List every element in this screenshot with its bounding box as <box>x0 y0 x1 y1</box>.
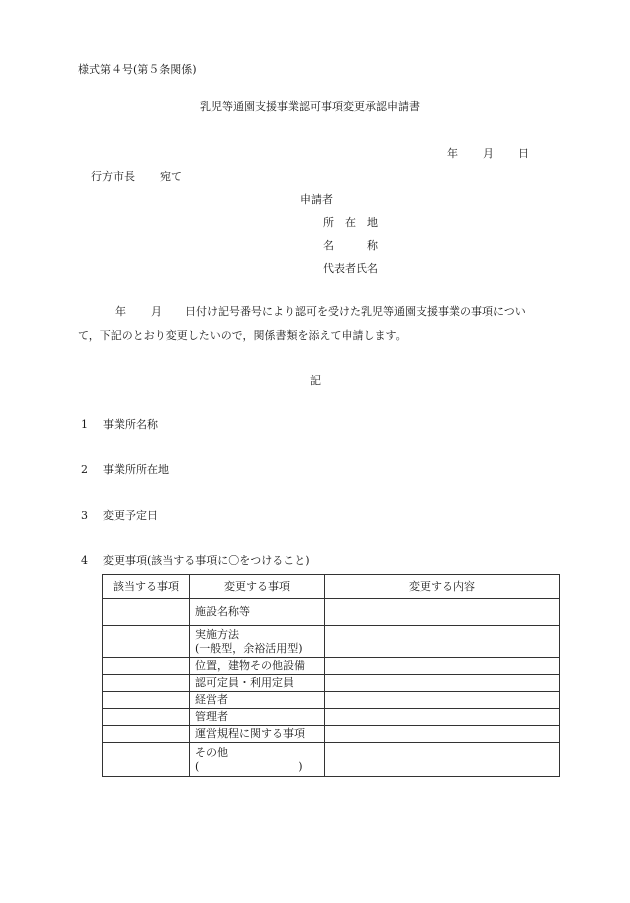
date-year: 年 <box>447 147 458 161</box>
name-label: 名 称 <box>323 239 378 253</box>
item-text: 認可定員・利用定員 <box>195 676 294 689</box>
content-cell[interactable] <box>325 599 560 626</box>
item-text: その他 <box>195 746 228 759</box>
item-number: 4 <box>81 554 88 568</box>
applicant-label: 申請者 <box>300 193 333 207</box>
content-cell[interactable] <box>325 692 560 709</box>
date-day: 日 <box>518 147 529 161</box>
check-cell[interactable] <box>103 743 190 777</box>
check-cell[interactable] <box>103 626 190 658</box>
date-month: 月 <box>483 147 494 161</box>
table-row: 施設名称等 <box>103 599 560 626</box>
check-cell[interactable] <box>103 675 190 692</box>
item-label: 事業所所在地 <box>103 463 169 477</box>
item-text: 管理者 <box>195 710 228 723</box>
representative-label: 代表者氏名 <box>323 262 378 276</box>
header-change-content: 変更する内容 <box>325 575 560 599</box>
item-label: 変更事項(該当する事項に〇をつけること) <box>103 554 310 568</box>
header-change-item: 変更する事項 <box>190 575 325 599</box>
table-row: 実施方法(一般型，余裕活用型) <box>103 626 560 658</box>
table-header-row: 該当する事項 変更する事項 変更する内容 <box>103 575 560 599</box>
item-subtext: (一般型，余裕活用型) <box>195 642 303 655</box>
item-cell: 管理者 <box>190 709 325 726</box>
item-number: 2 <box>81 463 88 477</box>
item-cell: 認可定員・利用定員 <box>190 675 325 692</box>
check-cell[interactable] <box>103 726 190 743</box>
check-cell[interactable] <box>103 692 190 709</box>
body-line1: 日付け記号番号により認可を受けた乳児等通園支援事業の事項につい <box>185 305 526 319</box>
table-row: 位置，建物その他設備 <box>103 658 560 675</box>
item-text: 位置，建物その他設備 <box>195 659 305 672</box>
item-number: 3 <box>81 509 88 523</box>
form-number: 様式第４号(第５条関係) <box>78 63 197 77</box>
item-text: 実施方法 <box>195 628 239 641</box>
item-number: 1 <box>81 418 88 432</box>
item-cell: 施設名称等 <box>190 599 325 626</box>
content-cell[interactable] <box>325 675 560 692</box>
item-cell: 運営規程に関する事項 <box>190 726 325 743</box>
content-cell[interactable] <box>325 726 560 743</box>
body-year: 年 <box>115 305 126 319</box>
check-cell[interactable] <box>103 709 190 726</box>
item-label: 変更予定日 <box>103 509 158 523</box>
content-cell[interactable] <box>325 658 560 675</box>
item-cell: 実施方法(一般型，余裕活用型) <box>190 626 325 658</box>
table-row: 経営者 <box>103 692 560 709</box>
check-cell[interactable] <box>103 599 190 626</box>
content-cell[interactable] <box>325 626 560 658</box>
item-subtext[interactable]: ( ) <box>195 760 303 773</box>
document-title: 乳児等通園支援事業認可事項変更承認申請書 <box>200 100 420 114</box>
table-row: 管理者 <box>103 709 560 726</box>
addressee-suffix: 宛て <box>160 170 182 184</box>
table-row: 認可定員・利用定員 <box>103 675 560 692</box>
item-cell: その他( ) <box>190 743 325 777</box>
address-label: 所 在 地 <box>323 216 378 230</box>
body-line2: て，下記のとおり変更したいので，関係書類を添えて申請します。 <box>78 329 407 343</box>
item-cell: 経営者 <box>190 692 325 709</box>
body-month: 月 <box>151 305 162 319</box>
table-row: 運営規程に関する事項 <box>103 726 560 743</box>
item-cell: 位置，建物その他設備 <box>190 658 325 675</box>
header-applicable: 該当する事項 <box>103 575 190 599</box>
ki-heading: 記 <box>310 374 321 388</box>
item-label: 事業所名称 <box>103 418 158 432</box>
check-cell[interactable] <box>103 658 190 675</box>
content-cell[interactable] <box>325 743 560 777</box>
table-row: その他( ) <box>103 743 560 777</box>
item-text: 運営規程に関する事項 <box>195 727 305 740</box>
content-cell[interactable] <box>325 709 560 726</box>
item-text: 施設名称等 <box>195 605 250 618</box>
change-items-table: 該当する事項 変更する事項 変更する内容 施設名称等 実施方法(一般型，余裕活用… <box>102 574 560 777</box>
item-text: 経営者 <box>195 693 228 706</box>
addressee-name: 行方市長 <box>91 170 135 184</box>
